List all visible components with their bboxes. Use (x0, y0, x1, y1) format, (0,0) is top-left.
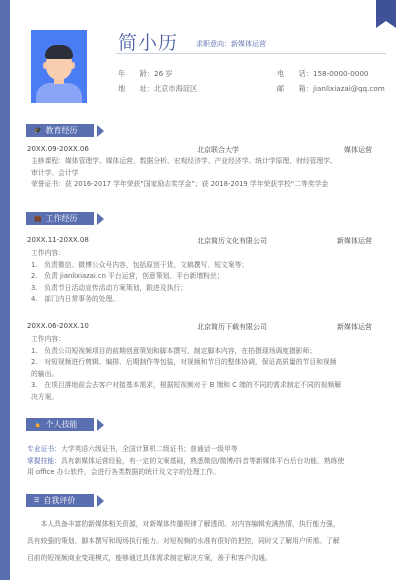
graduation-cap-icon: 🎓 (34, 127, 41, 134)
chevron-right-icon (97, 495, 104, 507)
email-field: 邮 箱：jianlixiazai@qq.com (277, 84, 385, 94)
award-icon: 🏅 (34, 421, 41, 428)
chevron-right-icon (97, 419, 104, 431)
phone-field: 电 话：158-0000-0000 (277, 69, 369, 79)
bookmark-ribbon-icon (376, 0, 396, 28)
section-header-education: 🎓教育经历 (26, 124, 104, 137)
left-accent-bar (0, 0, 10, 580)
address-field: 地 址：北京市海淀区 (118, 84, 197, 94)
section-header-work: 💼工作经历 (26, 212, 104, 225)
work-details: 工作内容： 1. 负责微信、微博公众号内容，包括原创干货、文稿撰写、短文案等； … (31, 248, 369, 306)
job-intent: 求职意向：新媒体运营 (196, 39, 266, 49)
header-divider (116, 53, 386, 54)
briefcase-icon: 💼 (34, 215, 41, 222)
work-details: 工作内容： 1. 负责公司短视频项目的前期创意策划和脚本撰写，制定脚本内容，在拍… (31, 334, 369, 403)
section-header-skills: 🏅个人技能 (26, 418, 104, 431)
section-header-self-evaluation: ☰自我评价 (26, 494, 104, 507)
chevron-right-icon (97, 125, 104, 137)
list-icon: ☰ (34, 497, 39, 504)
skills-details: 专业证书：大学英语六级证书，全国计算机二级证书；普通话一级甲等 掌握技能：具有新… (27, 444, 372, 479)
education-details: 主修课程：媒体管理学、媒体运营、数据分析、宏观经济学、产业经济学、统计学原理、财… (31, 156, 369, 191)
age-field: 年 龄：26 岁 (118, 69, 173, 79)
chevron-right-icon (97, 213, 104, 225)
avatar (31, 30, 87, 103)
self-evaluation-text: 本人具备丰富的新媒体相关资源，对新媒体传播规律了解透彻。对内容编辑充满热情，执行… (27, 516, 377, 567)
candidate-name: 简小历 (118, 28, 178, 55)
